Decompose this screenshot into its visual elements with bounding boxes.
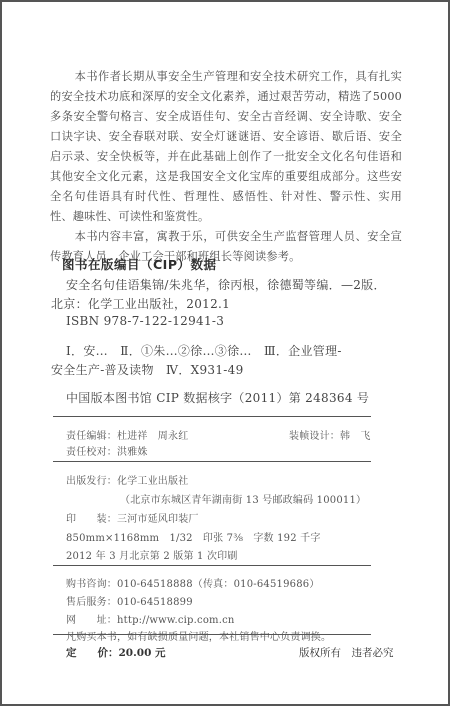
- proofreader-value: 洪雅姝: [117, 447, 148, 458]
- printer-value: 三河市延风印装厂: [117, 514, 199, 525]
- editors-label: 责任编辑：: [66, 431, 117, 442]
- purchase-phone: 010-64518888（传真：010-64519686）: [117, 579, 320, 590]
- summary-paragraph-1: 本书作者长期从事安全生产管理和安全技术研究工作，具有扎实的安全技术功底和深厚的安…: [50, 67, 402, 227]
- publisher-label: 出版发行：: [66, 476, 117, 487]
- cip-classification-line-2: 安全生产-普及读物 Ⅳ．X931-49: [51, 361, 244, 378]
- cip-isbn: ISBN 978-7-122-12941-3: [66, 314, 224, 328]
- website-link[interactable]: http://www.cip.com.cn: [117, 615, 235, 626]
- designer-line: 装帧设计：韩 飞: [289, 427, 371, 442]
- publisher-address: （北京市东城区青年湖南街 13 号邮政编码 100011）: [120, 491, 366, 506]
- copyright-page: 本书作者长期从事安全生产管理和安全技术研究工作，具有扎实的安全技术功底和深厚的安…: [0, 0, 450, 706]
- website-line: 网 址：http://www.cip.com.cn: [66, 611, 235, 626]
- service-label: 售后服务：: [66, 597, 117, 608]
- service-line: 售后服务：010-64518899: [66, 593, 193, 608]
- cip-publisher-line: 北京：化学工业出版社，2012.1: [51, 295, 230, 312]
- price-line: 定 价：20.00 元: [66, 645, 166, 660]
- divider: [53, 461, 371, 462]
- proofreader-line: 责任校对：洪雅姝: [66, 443, 148, 458]
- website-label: 网 址：: [66, 615, 117, 626]
- book-summary: 本书作者长期从事安全生产管理和安全技术研究工作，具有扎实的安全技术功底和深厚的安…: [50, 67, 402, 267]
- proofreader-label: 责任校对：: [66, 447, 117, 458]
- book-format: 850mm×1168mm 1/32 印张 7⅜ 字数 192 千字: [66, 529, 321, 544]
- printer-line: 印 装：三河市延风印装厂: [66, 510, 199, 525]
- printer-label: 印 装：: [66, 514, 117, 525]
- copyright-notice: 版权所有 违者必究: [299, 645, 394, 660]
- price-value: 20.00 元: [119, 647, 166, 659]
- edition-info: 2012 年 3 月北京第 2 版第 1 次印刷: [66, 547, 238, 562]
- purchase-label: 购书咨询：: [66, 579, 117, 590]
- divider: [53, 416, 371, 417]
- service-phone: 010-64518899: [117, 597, 193, 608]
- editors-line: 责任编辑：杜进祥 周永红: [66, 427, 188, 442]
- designer-label: 装帧设计：: [289, 431, 340, 442]
- exchange-notice: 凡购买本书，如有缺损质量问题，本社销售中心负责调换。: [66, 628, 331, 643]
- price-label: 定 价：: [66, 647, 119, 659]
- cip-title-line: 安全名句佳语集锦/朱兆华，徐丙根，徐德蜀等编．—2版．: [66, 276, 386, 293]
- publisher-value: 化学工业出版社: [117, 476, 188, 487]
- cip-number: 中国版本图书馆 CIP 数据核字（2011）第 248364 号: [66, 389, 369, 406]
- designer-value: 韩 飞: [340, 431, 371, 442]
- divider: [53, 565, 371, 566]
- cip-heading: 图书在版编目（CIP）数据: [62, 255, 217, 273]
- cip-classification-line-1: Ⅰ．安… Ⅱ．①朱…②徐…③徐… Ⅲ．企业管理-: [66, 342, 342, 359]
- editors-value: 杜进祥 周永红: [117, 431, 188, 442]
- publisher-line: 出版发行：化学工业出版社: [66, 472, 188, 487]
- divider: [53, 634, 371, 635]
- purchase-line: 购书咨询：010-64518888（传真：010-64519686）: [66, 575, 320, 590]
